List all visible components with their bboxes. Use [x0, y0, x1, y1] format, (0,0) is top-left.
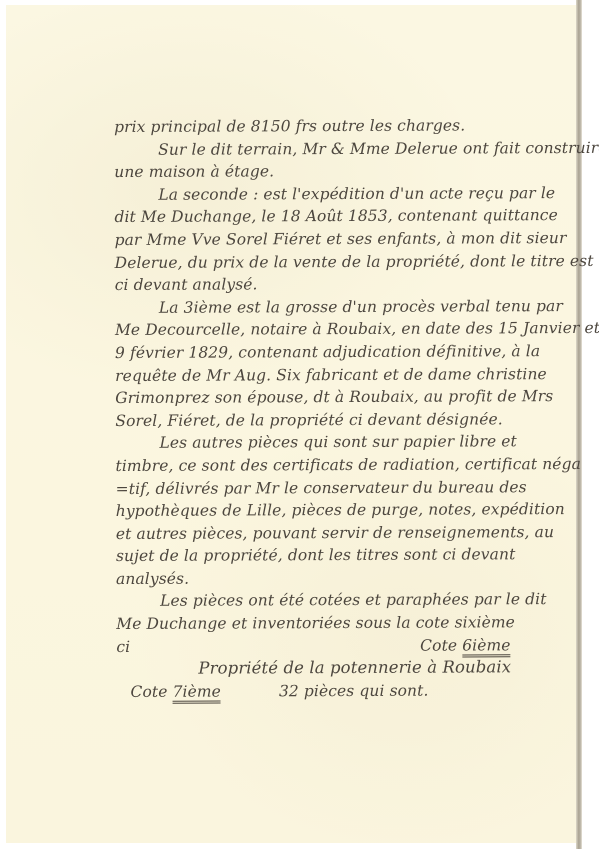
cote-7-number: 7ième	[173, 682, 221, 703]
manuscript-line: Grimonprez son épouse, dt à Roubaix, au …	[115, 385, 583, 410]
handwritten-text-block: prix principal de 8150 frs outre les cha…	[114, 114, 585, 703]
cote-7-row: Cote 7ième 32 pièces qui sont.	[116, 679, 584, 704]
manuscript-line: timbre, ce sont des certificats de radia…	[115, 453, 583, 478]
cote-6-label: Cote 6ième	[420, 634, 511, 657]
manuscript-line: requête de Mr Aug. Six fabricant et de d…	[115, 362, 583, 387]
manuscript-line: La 3ième est la grosse d'un procès verba…	[115, 295, 583, 320]
manuscript-scan: prix principal de 8150 frs outre les cha…	[0, 0, 599, 849]
manuscript-line: dit Me Duchange, le 18 Août 1853, conten…	[114, 204, 582, 229]
manuscript-line: Delerue, du prix de la vente de la propr…	[115, 250, 583, 275]
manuscript-line: ci devant analysé.	[115, 272, 583, 297]
cote-6-row: ci Cote 6ième	[116, 634, 584, 659]
manuscript-line: =tif, délivrés par Mr le conservateur du…	[116, 475, 584, 500]
manuscript-line: 9 février 1829, contenant adjudication d…	[115, 340, 583, 365]
manuscript-line: par Mme Vve Sorel Fiéret et ses enfants,…	[114, 227, 582, 252]
manuscript-word-ci: ci	[116, 636, 130, 659]
cote-6-word: Cote	[420, 636, 462, 654]
manuscript-line: sujet de la propriété, dont les titres s…	[116, 543, 584, 568]
manuscript-line: Sorel, Fiéret, de la propriété ci devant…	[115, 408, 583, 433]
cote-7-word: Cote	[130, 683, 172, 701]
manuscript-line: Me Decourcelle, notaire à Roubaix, en da…	[115, 317, 583, 342]
manuscript-line: prix principal de 8150 frs outre les cha…	[114, 114, 582, 139]
manuscript-line: Me Duchange et inventoriées sous la cote…	[116, 611, 584, 636]
piece-count: 32 pièces qui sont.	[279, 679, 429, 702]
manuscript-line: Les pièces ont été cotées et paraphées p…	[116, 588, 584, 613]
manuscript-line: hypothèques de Lille, pièces de purge, n…	[116, 498, 584, 523]
manuscript-line: Les autres pièces qui sont sur papier li…	[115, 430, 583, 455]
cote-6-number: 6ième	[462, 636, 510, 657]
property-title: Propriété de la potennerie à Roubaix	[116, 656, 584, 681]
manuscript-line: Sur le dit terrain, Mr & Mme Delerue ont…	[114, 137, 582, 162]
manuscript-line: analysés.	[116, 566, 584, 591]
manuscript-line: et autres pièces, pouvant servir de rens…	[116, 521, 584, 546]
cote-7-label: Cote 7ième	[116, 680, 221, 703]
manuscript-line: La seconde : est l'expédition d'un acte …	[114, 182, 582, 207]
manuscript-line: une maison à étage.	[114, 159, 582, 184]
